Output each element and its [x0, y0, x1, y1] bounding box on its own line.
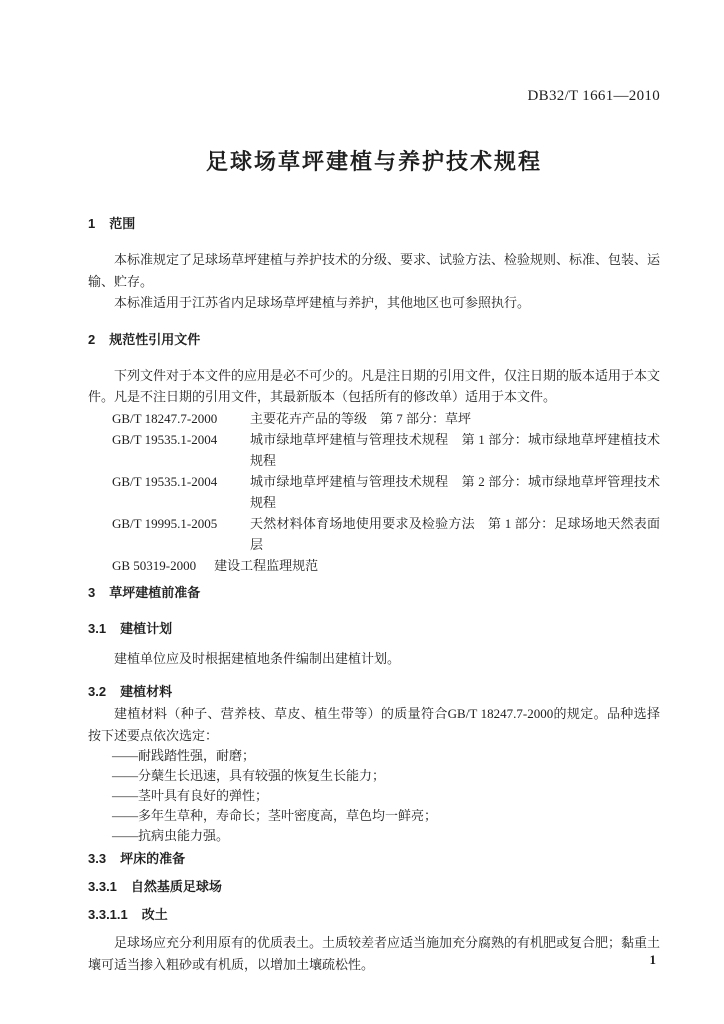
material-criteria-list: ——耐践踏性强，耐磨； ——分蘖生长迅速，具有较强的恢复生长能力； ——茎叶具有… [88, 746, 660, 846]
section-heading-3-3-1: 3.3.1自然基质足球场 [88, 878, 660, 896]
section-title: 范围 [109, 216, 135, 231]
reference-code: GB/T 19995.1-2005 [112, 513, 250, 555]
section-title: 建植材料 [120, 684, 172, 699]
section-number: 3.3 [88, 850, 106, 868]
list-item: ——分蘖生长迅速，具有较强的恢复生长能力； [88, 766, 660, 786]
reference-item: GB/T 18247.7-2000 主要花卉产品的等级 第 7 部分：草坪 [88, 408, 660, 429]
section-title: 坪床的准备 [120, 851, 185, 866]
reference-title: 城市绿地草坪建植与管理技术规程 第 1 部分：城市绿地草坪建植技术规程 [250, 429, 660, 471]
reference-code: GB/T 19535.1-2004 [112, 471, 250, 513]
paragraph-materials: 建植材料（种子、营养枝、草皮、植生带等）的质量符合GB/T 18247.7-20… [88, 703, 660, 746]
page-number: 1 [650, 952, 657, 968]
paragraph-references-intro: 下列文件对于本文件的应用是必不可少的。凡是注日期的引用文件，仅注日期的版本适用于… [88, 365, 660, 408]
section-heading-3: 3草坪建植前准备 [88, 584, 660, 602]
section-title: 改土 [142, 907, 168, 922]
reference-title: 天然材料体育场地使用要求及检验方法 第 1 部分：足球场地天然表面层 [250, 513, 660, 555]
section-heading-3-3-1-1: 3.3.1.1改土 [88, 906, 660, 924]
list-item: ——耐践踏性强，耐磨； [88, 746, 660, 766]
section-number: 3.1 [88, 620, 106, 638]
reference-item: GB 50319-2000 建设工程监理规范 [88, 555, 660, 576]
reference-item: GB/T 19995.1-2005 天然材料体育场地使用要求及检验方法 第 1 … [88, 513, 660, 555]
section-number: 3.3.1 [88, 878, 117, 896]
reference-title: 主要花卉产品的等级 第 7 部分：草坪 [250, 408, 660, 429]
doc-title: 足球场草坪建植与养护技术规程 [88, 147, 660, 177]
paragraph-soil-improvement: 足球场应充分利用原有的优质表土。土质较差者应适当施加充分腐熟的有机肥或复合肥；黏… [88, 932, 660, 975]
list-item: ——抗病虫能力强。 [88, 826, 660, 846]
section-title: 草坪建植前准备 [109, 585, 200, 600]
section-heading-3-1: 3.1建植计划 [88, 620, 660, 638]
reference-item: GB/T 19535.1-2004 城市绿地草坪建植与管理技术规程 第 1 部分… [88, 429, 660, 471]
section-title: 建植计划 [120, 621, 172, 636]
section-number: 3.2 [88, 683, 106, 701]
section-title: 自然基质足球场 [131, 879, 222, 894]
section-heading-2: 2规范性引用文件 [88, 331, 660, 349]
paragraph-scope-1: 本标准规定了足球场草坪建植与养护技术的分级、要求、试验方法、检验规则、标准、包装… [88, 249, 660, 292]
section-number: 2 [88, 331, 95, 349]
reference-code: GB 50319-2000 [112, 555, 196, 576]
reference-code: GB/T 19535.1-2004 [112, 429, 250, 471]
reference-code: GB/T 18247.7-2000 [112, 408, 250, 429]
paragraph-plan: 建植单位应及时根据建植地条件编制出建植计划。 [88, 648, 660, 670]
section-number: 1 [88, 215, 95, 233]
reference-title: 建设工程监理规范 [214, 555, 660, 576]
doc-number: DB32/T 1661—2010 [88, 88, 660, 105]
reference-title: 城市绿地草坪建植与管理技术规程 第 2 部分：城市绿地草坪管理技术规程 [250, 471, 660, 513]
section-number: 3 [88, 584, 95, 602]
page-content: DB32/T 1661—2010 足球场草坪建植与养护技术规程 1范围 本标准规… [88, 0, 660, 975]
reference-list: GB/T 18247.7-2000 主要花卉产品的等级 第 7 部分：草坪 GB… [88, 408, 660, 576]
section-title: 规范性引用文件 [109, 332, 200, 347]
document-page: DB32/T 1661—2010 足球场草坪建植与养护技术规程 1范围 本标准规… [0, 0, 724, 1024]
section-heading-3-3: 3.3坪床的准备 [88, 850, 660, 868]
reference-item: GB/T 19535.1-2004 城市绿地草坪建植与管理技术规程 第 2 部分… [88, 471, 660, 513]
section-number: 3.3.1.1 [88, 906, 128, 924]
paragraph-scope-2: 本标准适用于江苏省内足球场草坪建植与养护，其他地区也可参照执行。 [88, 292, 660, 314]
section-heading-3-2: 3.2建植材料 [88, 683, 660, 701]
section-heading-1: 1范围 [88, 215, 660, 233]
list-item: ——多年生草种，寿命长；茎叶密度高，草色均一鲜亮； [88, 806, 660, 826]
list-item: ——茎叶具有良好的弹性； [88, 786, 660, 806]
